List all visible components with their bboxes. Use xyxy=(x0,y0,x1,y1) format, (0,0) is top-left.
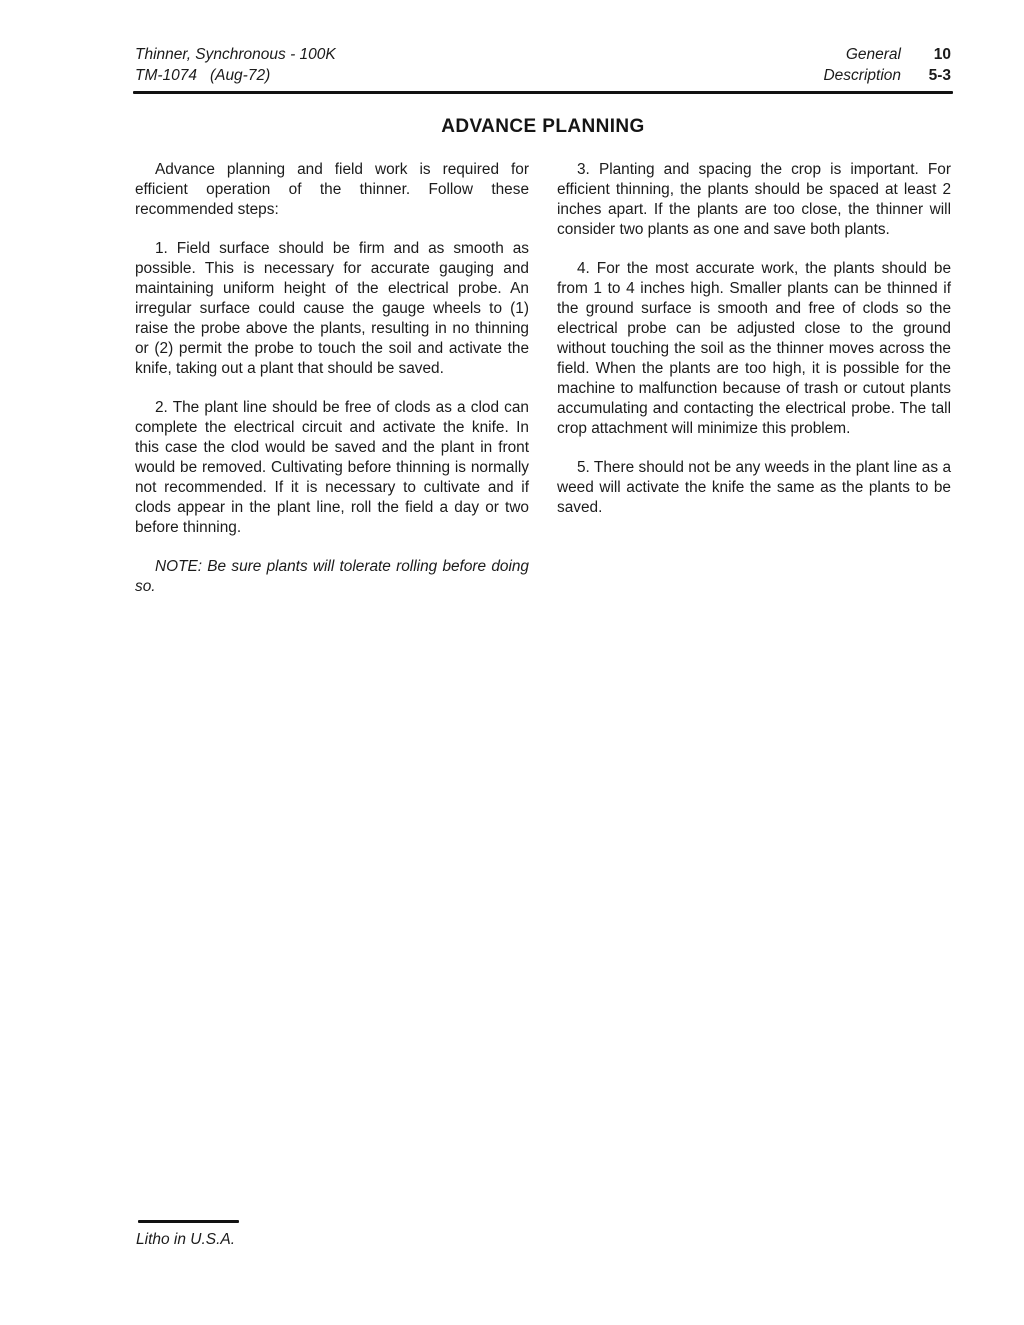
left-column: Advance planning and field work is requi… xyxy=(135,160,529,616)
litho-note: Litho in U.S.A. xyxy=(136,1231,235,1249)
page-title: ADVANCE PLANNING xyxy=(135,116,951,138)
paragraph-step-4: 4. For the most accurate work, the plant… xyxy=(557,259,951,439)
right-column: 3. Planting and spacing the crop is impo… xyxy=(557,160,951,616)
paragraph-intro: Advance planning and field work is requi… xyxy=(135,160,529,220)
header-section-info: General 10 Description 5-3 xyxy=(823,44,951,86)
section-label: General xyxy=(823,44,901,65)
section-page-number: 10 xyxy=(915,44,951,65)
note-paragraph: NOTE: Be sure plants will tolerate rolli… xyxy=(135,557,529,597)
page-header: Thinner, Synchronous - 100K TM-1074 (Aug… xyxy=(135,44,951,86)
paragraph-step-3: 3. Planting and spacing the crop is impo… xyxy=(557,160,951,240)
paragraph-step-2: 2. The plant line should be free of clod… xyxy=(135,398,529,538)
footer-divider-rule xyxy=(138,1220,239,1223)
paragraph-step-1: 1. Field surface should be firm and as s… xyxy=(135,239,529,379)
document-page: Thinner, Synchronous - 100K TM-1074 (Aug… xyxy=(0,0,1024,1325)
body-columns: Advance planning and field work is requi… xyxy=(135,160,951,616)
paragraph-step-5: 5. There should not be any weeds in the … xyxy=(557,458,951,518)
header-divider-rule xyxy=(133,91,953,94)
manual-model-line: Thinner, Synchronous - 100K xyxy=(135,44,336,65)
header-manual-info: Thinner, Synchronous - 100K TM-1074 (Aug… xyxy=(135,44,336,86)
subsection-page-number: 5-3 xyxy=(915,65,951,86)
manual-number-line: TM-1074 (Aug-72) xyxy=(135,65,336,86)
subsection-label: Description xyxy=(823,65,901,86)
